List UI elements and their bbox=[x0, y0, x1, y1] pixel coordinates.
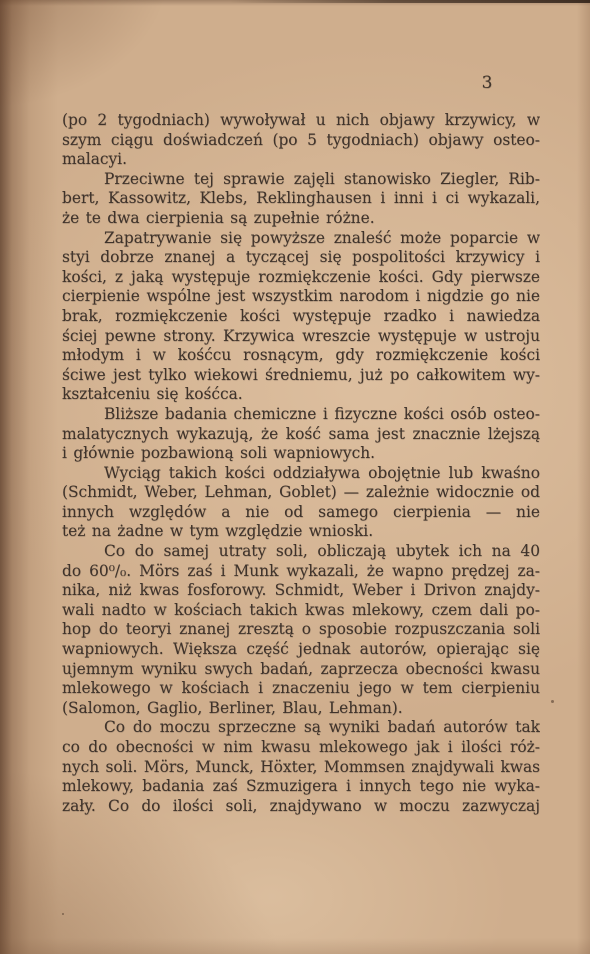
paragraph: Co do samej utraty soli, obliczają ubyte… bbox=[62, 542, 540, 718]
paragraph: (po 2 tygodniach) wywoływał u nich objaw… bbox=[62, 111, 540, 170]
text-line: co do obecności w nim kwasu mlekowego ja… bbox=[62, 738, 540, 758]
text-line: ściwe jest tylko wiekowi średniemu, już … bbox=[62, 366, 540, 386]
paragraph: Przeciwne tej sprawie zajęli stanowisko … bbox=[62, 170, 540, 229]
text-line: Co do moczu sprzeczne są wyniki badań au… bbox=[62, 718, 540, 738]
ink-speck bbox=[62, 913, 64, 915]
text-line: wali nadto w kościach takich kwas mlekow… bbox=[62, 601, 540, 621]
scanned-book-page: 3 (po 2 tygodniach) wywoływał u nich obj… bbox=[0, 0, 590, 954]
text-line: i głównie pozbawioną soli wapniowych. bbox=[62, 444, 540, 464]
text-line: ściej pewne strony. Krzywica wreszcie wy… bbox=[62, 327, 540, 347]
text-line: kości, z jaką występuje rozmiękczenie ko… bbox=[62, 268, 540, 288]
text-line: (Schmidt, Weber, Lehman, Goblet) — zależ… bbox=[62, 483, 540, 503]
text-line: bert, Kassowitz, Klebs, Reklinghausen i … bbox=[62, 189, 540, 209]
text-line: że te dwa cierpienia są zupełnie różne. bbox=[62, 209, 540, 229]
text-line: malacyi. bbox=[62, 150, 540, 170]
text-line: nika, niż kwas fosforowy. Schmidt, Weber… bbox=[62, 581, 540, 601]
text-line: też na żadne w tym względzie wnioski. bbox=[62, 522, 540, 542]
text-line: brak, rozmiękczenie kości występuje rzad… bbox=[62, 307, 540, 327]
text-line: (Salomon, Gaglio, Berliner, Blau, Lehman… bbox=[62, 699, 540, 719]
text-line: do 60⁰/₀. Mörs zaś i Munk wykazali, że w… bbox=[62, 562, 540, 582]
text-line: kształceniu się kośćca. bbox=[62, 385, 540, 405]
text-line: Co do samej utraty soli, obliczają ubyte… bbox=[62, 542, 540, 562]
text-line: (po 2 tygodniach) wywoływał u nich objaw… bbox=[62, 111, 540, 131]
page-top-edge-shadow bbox=[230, 0, 590, 3]
text-line: hop do teoryi znanej zresztą o sposobie … bbox=[62, 620, 540, 640]
body-text: (po 2 tygodniach) wywoływał u nich objaw… bbox=[62, 111, 540, 816]
text-line: styi dobrze znanej a tyczącej się pospol… bbox=[62, 248, 540, 268]
text-line: Przeciwne tej sprawie zajęli stanowisko … bbox=[62, 170, 540, 190]
paragraph: Co do moczu sprzeczne są wyniki badań au… bbox=[62, 718, 540, 816]
paragraph: Wyciąg takich kości oddziaływa obojętnie… bbox=[62, 464, 540, 542]
text-line: cierpienie wspólne jest wszystkim narodo… bbox=[62, 287, 540, 307]
paragraph: Zapatrywanie się powyższe znaleść może p… bbox=[62, 229, 540, 405]
text-line: Bliższe badania chemiczne i fizyczne koś… bbox=[62, 405, 540, 425]
text-line: Zapatrywanie się powyższe znaleść może p… bbox=[62, 229, 540, 249]
text-line: szym ciągu doświadczeń (po 5 tygodniach)… bbox=[62, 131, 540, 151]
text-line: innych względów a nie od samego cierpien… bbox=[62, 503, 540, 523]
paragraph: Bliższe badania chemiczne i fizyczne koś… bbox=[62, 405, 540, 464]
page-number: 3 bbox=[476, 73, 498, 93]
text-line: malatycznych wykazują, że kość sama jest… bbox=[62, 425, 540, 445]
text-line: młodym i w kośćcu rosnącym, gdy rozmiękc… bbox=[62, 346, 540, 366]
ink-speck bbox=[551, 700, 554, 703]
text-line: wapniowych. Większa część jednak autorów… bbox=[62, 640, 540, 660]
text-line: nych soli. Mörs, Munck, Höxter, Mommsen … bbox=[62, 758, 540, 778]
text-line: Wyciąg takich kości oddziaływa obojętnie… bbox=[62, 464, 540, 484]
text-line: zały. Co do ilości soli, znajdywano w mo… bbox=[62, 797, 540, 817]
text-line: mlekowego w kościach i znaczeniu jego w … bbox=[62, 679, 540, 699]
text-line: mlekowy, badania zaś Szmuzigera i innych… bbox=[62, 777, 540, 797]
text-line: ujemnym wyniku swych badań, zaprzecza ob… bbox=[62, 660, 540, 680]
